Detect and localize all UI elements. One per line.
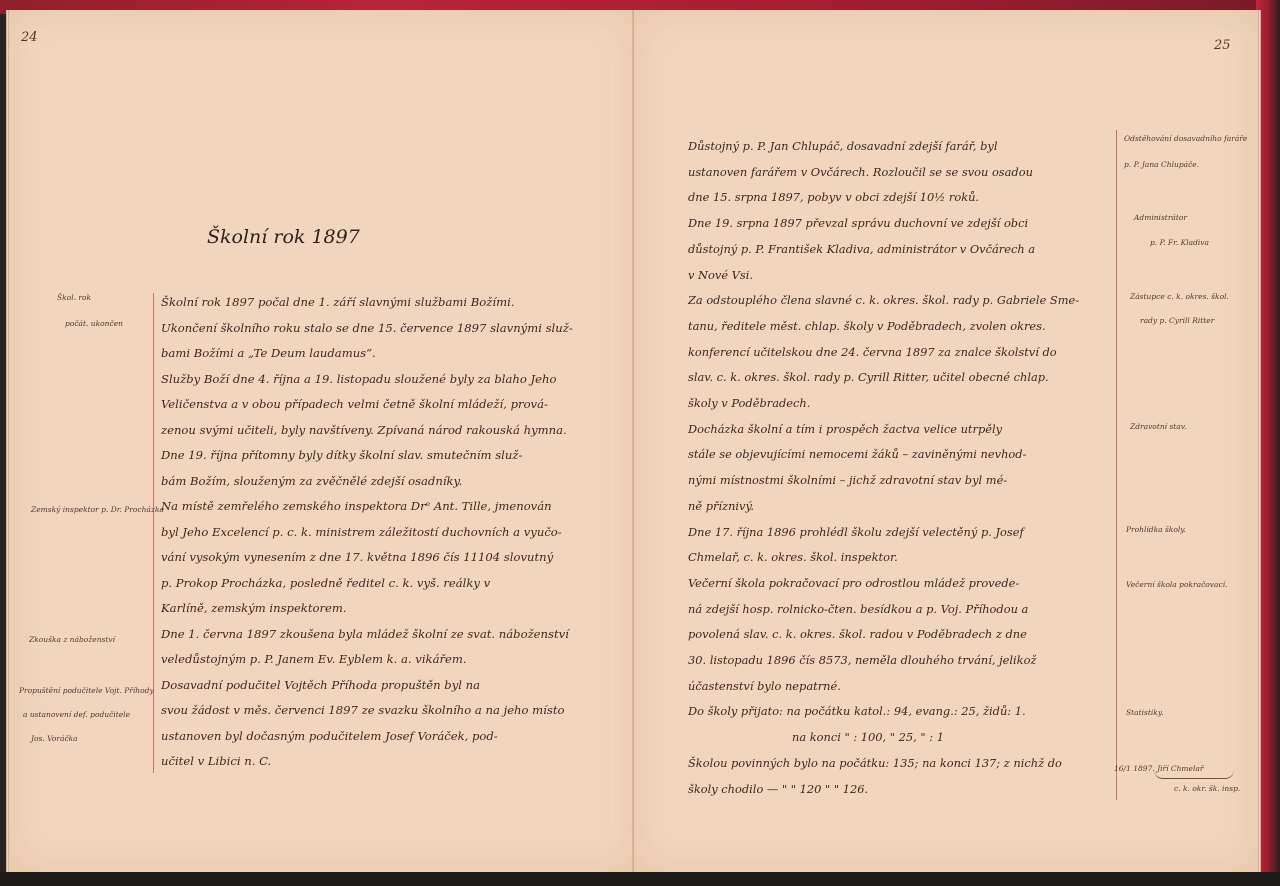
signature-flourish — [1154, 770, 1234, 779]
signature-title: c. k. okr. šk. insp. — [1174, 784, 1240, 793]
text-line: slav. c. k. okres. škol. rady p. Cyrill … — [688, 365, 1079, 391]
left-page-number: 24 — [21, 30, 38, 45]
text-line: p. Prokop Procházka, posledně ředitel c.… — [161, 571, 573, 597]
text-line: Karlíně, zemským inspektorem. — [161, 596, 573, 622]
text-line: nými místnostmi školními – jichž zdravot… — [688, 468, 1079, 494]
margin-note: Statistiky. — [1126, 708, 1163, 717]
text-line: Dne 19. října přítomny byly dítky školní… — [161, 443, 573, 469]
text-line: bám Božím, slouženým za zvěčnělé zdejší … — [161, 469, 573, 495]
margin-note: Odstěhování dosavadního faráře — [1124, 134, 1247, 143]
statistics-line: školy chodilo — " " 120 " " 126. — [688, 777, 1079, 803]
left-page-body: Školní rok 1897 počal dne 1. září slavný… — [161, 290, 573, 775]
text-line: byl Jeho Excelencí p. c. k. ministrem zá… — [161, 520, 573, 546]
statistics-line: na konci " : 100, " 25, " : 1 — [688, 725, 1079, 751]
text-line: svou žádost v měs. červenci 1897 ze svaz… — [161, 698, 573, 724]
margin-note: Zdravotní stav. — [1130, 422, 1187, 431]
margin-rule — [153, 293, 154, 773]
text-line: Chmelař, c. k. okres. škol. inspektor. — [688, 545, 1079, 571]
text-line: stále se objevujícími nemocemi žáků – za… — [688, 442, 1079, 468]
text-line: ustanoven byl dočasným podučitelem Josef… — [161, 724, 573, 750]
text-line: ná zdejší hosp. rolnicko-čten. besídkou … — [688, 597, 1079, 623]
text-line: Za odstouplého člena slavné c. k. okres.… — [688, 288, 1079, 314]
text-line: tanu, ředitele měst. chlap. školy v Podě… — [688, 314, 1079, 340]
page-title: Školní rok 1897 — [207, 226, 360, 248]
right-page: 25 Důstojný p. P. Jan Chlupáč, dosavadní… — [634, 10, 1261, 872]
text-line: ustanoven farářem v Ovčárech. Rozloučil … — [688, 160, 1079, 186]
margin-note: Večerní škola pokračovací. — [1126, 580, 1228, 589]
text-line: veledůstojným p. P. Janem Ev. Eyblem k. … — [161, 647, 573, 673]
margin-note: Zástupce c. k. okres. škol. — [1130, 292, 1229, 301]
margin-note: Jos. Voráčka — [31, 734, 78, 743]
text-line: Dne 19. srpna 1897 převzal správu duchov… — [688, 211, 1079, 237]
text-line: Veličenstva a v obou případech velmi čet… — [161, 392, 573, 418]
text-line: Dne 1. června 1897 zkoušena byla mládež … — [161, 622, 573, 648]
text-line: učitel v Libici n. C. — [161, 749, 573, 775]
margin-note: Prohlídka školy. — [1126, 525, 1186, 534]
statistics-line: Do školy přijato: na počátku katol.: 94,… — [688, 699, 1079, 725]
margin-note: Propuštění podučitele Vojt. Příhody — [19, 686, 154, 695]
statistics-line: Školou povinných bylo na počátku: 135; n… — [688, 751, 1079, 777]
margin-rule — [1116, 130, 1117, 800]
book-cover-bottom-edge — [0, 872, 1280, 886]
text-line: dne 15. srpna 1897, pobyv v obci zdejší … — [688, 185, 1079, 211]
text-line: v Nové Vsi. — [688, 263, 1079, 289]
text-line: bami Božími a „Te Deum laudamus“. — [161, 341, 573, 367]
text-line: vání vysokým vynesením z dne 17. května … — [161, 545, 573, 571]
text-line: 30. listopadu 1896 čís 8573, neměla dlou… — [688, 648, 1079, 674]
margin-note: Zkouška z náboženství — [29, 635, 115, 644]
margin-note: Administrátor — [1134, 213, 1187, 222]
right-page-body: Důstojný p. P. Jan Chlupáč, dosavadní zd… — [688, 134, 1079, 802]
text-line: Služby Boží dne 4. října a 19. listopadu… — [161, 367, 573, 393]
text-line: důstojný p. P. František Kladiva, admini… — [688, 237, 1079, 263]
margin-note: Škol. rok — [57, 293, 91, 302]
margin-note: počát. ukončen — [65, 319, 123, 328]
text-line: ně příznivý. — [688, 494, 1079, 520]
left-page: 24 Školní rok 1897 Škol. rok počát. ukon… — [6, 10, 637, 872]
text-line: konferencí učitelskou dne 24. června 189… — [688, 340, 1079, 366]
margin-note: p. P. Jana Chlupáče. — [1124, 160, 1199, 169]
text-line: Dosavadní podučitel Vojtěch Příhoda prop… — [161, 673, 573, 699]
right-page-number: 25 — [1214, 38, 1231, 53]
text-line: Večerní škola pokračovací pro odrostlou … — [688, 571, 1079, 597]
text-line: Docházka školní a tím i prospěch žactva … — [688, 417, 1079, 443]
text-line: školy v Poděbradech. — [688, 391, 1079, 417]
margin-note: p. P. Fr. Kladiva — [1150, 238, 1209, 247]
text-line: zenou svými učiteli, byly navštíveny. Zp… — [161, 418, 573, 444]
margin-note: Zemský inspektor p. Dr. Procházka — [31, 505, 164, 514]
text-line: Ukončení školního roku stalo se dne 15. … — [161, 316, 573, 342]
text-line: účastenství bylo nepatrné. — [688, 674, 1079, 700]
text-line: Školní rok 1897 počal dne 1. září slavný… — [161, 290, 573, 316]
text-line: Dne 17. října 1896 prohlédl školu zdejší… — [688, 520, 1079, 546]
text-line: Důstojný p. P. Jan Chlupáč, dosavadní zd… — [688, 134, 1079, 160]
margin-note: rady p. Cyrill Ritter — [1140, 316, 1214, 325]
margin-note: a ustanovení def. podučitele — [23, 710, 130, 719]
text-line: Na místě zemřelého zemského inspektora D… — [161, 494, 573, 520]
text-line: povolená slav. c. k. okres. škol. radou … — [688, 622, 1079, 648]
